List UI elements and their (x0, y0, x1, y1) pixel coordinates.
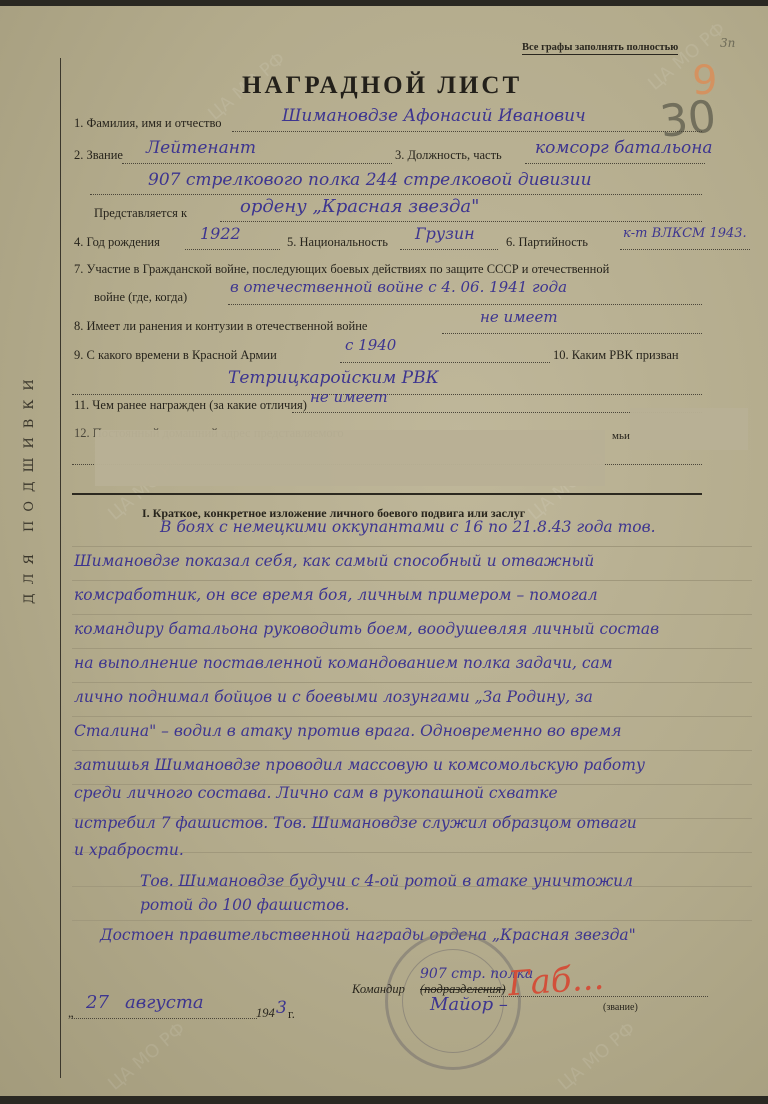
narrative-line: затишья Шимановдзе проводил массовую и к… (74, 756, 645, 774)
fill-line (620, 249, 750, 250)
field-1-value: Шимановдзе Афонасий Иванович (282, 106, 586, 126)
narrative-line: среди личного состава. Лично сам в рукоп… (74, 784, 558, 802)
award-value: ордену „Красная звезда" (240, 196, 479, 217)
instruction-note: Все графы заполнять полностью (522, 42, 678, 55)
fill-line (228, 304, 702, 305)
field-2-value: Лейтенант (146, 138, 256, 158)
date-suffix: г. (288, 1007, 295, 1022)
fill-line (185, 249, 280, 250)
fill-line (220, 221, 702, 222)
narrative-line: лично поднимал бойцов и с боевыми лозунг… (74, 688, 593, 706)
redacted-area (95, 430, 605, 486)
commander-label: Командир (352, 982, 405, 997)
narrative-line: Шимановдзе показал себя, как самый спосо… (74, 552, 594, 570)
field-1-label: 1. Фамилия, имя и отчество (74, 116, 222, 131)
date-year-prefix: 194 (256, 1006, 275, 1021)
narrative-line: Сталина" – водил в атаку против врага. О… (74, 722, 621, 740)
field-8-value: не имеет (480, 308, 558, 326)
ruled-line (72, 716, 752, 717)
field-7-value: в отечественной войне с 4. 06. 1941 года (230, 278, 567, 296)
margin-line (60, 58, 61, 1078)
narrative-line: и храбрости. (74, 841, 184, 859)
field-5-label: 5. Национальность (287, 235, 388, 250)
field-3-label: 3. Должность, часть (395, 148, 502, 163)
narrative-line: на выполнение поставленной командованием… (74, 654, 613, 672)
narrative-line: Тов. Шимановдзе будучи с 4-ой ротой в ат… (140, 872, 633, 890)
fill-line (400, 249, 498, 250)
field-7-label: 7. Участие в Гражданской войне, последую… (74, 262, 609, 277)
fill-line (232, 131, 702, 132)
ruled-line (72, 682, 752, 683)
field-3-value: комсорг батальона (535, 138, 713, 158)
date-day: 27 (86, 992, 109, 1013)
narrative-line: командиру батальона руководить боем, воо… (74, 620, 659, 638)
field-2-label: 2. Звание (74, 148, 123, 163)
narrative-line: Достоен правительственной награды ордена… (100, 926, 636, 944)
commander-signature: Габ... (507, 958, 606, 1005)
narrative-line: ротой до 100 фашистов. (140, 896, 350, 914)
rank-label: (звание) (603, 1002, 638, 1013)
redacted-area (630, 408, 748, 450)
field-10-label: 10. Каким РВК призван (553, 348, 679, 363)
field-4-value: 1922 (200, 224, 241, 243)
date-month: августа (125, 992, 204, 1013)
fill-line (442, 333, 702, 334)
narrative-line: истребил 7 фашистов. Тов. Шимановдзе слу… (74, 814, 637, 832)
field-3-value-line2: 907 стрелкового полка 244 стрелковой див… (148, 170, 592, 190)
award-sheet: ЦА МО РФ ЦА МО РФ ЦА МО РФ ЦА МО РФ ЦА М… (0, 6, 768, 1096)
award-label: Представляется к (94, 206, 187, 221)
field-7-label-line2: войне (где, когда) (94, 290, 187, 305)
fill-line (525, 163, 705, 164)
narrative-line: В боях с немецкими оккупантами с 16 по 2… (160, 518, 656, 536)
ruled-line (72, 546, 752, 547)
date-year-digit: 3 (276, 998, 287, 1018)
fill-line (122, 163, 392, 164)
rank-value: Майор – (430, 994, 508, 1015)
ruled-line (72, 580, 752, 581)
field-10-value: Тетрицкаройским РВК (228, 368, 439, 388)
fill-line (340, 362, 550, 363)
document-title: НАГРАДНОЙ ЛИСТ (242, 72, 522, 100)
field-9-value: с 1940 (345, 336, 396, 354)
field-5-value: Грузин (415, 224, 475, 243)
binding-label: ДЛЯ ПОДШИВКИ (22, 370, 37, 604)
watermark: ЦА МО РФ (554, 1018, 639, 1094)
ruled-line (72, 648, 752, 649)
field-12-label-tail: мьи (612, 430, 630, 442)
field-8-label: 8. Имеет ли ранения и контузии в отечест… (74, 319, 367, 334)
field-11-value: не имеет (310, 388, 388, 406)
watermark: ЦА МО РФ (104, 1018, 189, 1094)
field-11-label: 11. Чем ранее награжден (за какие отличи… (74, 398, 307, 413)
narrative-line: комсработник, он все время боя, личным п… (74, 586, 598, 604)
section-divider (72, 493, 702, 495)
field-9-label: 9. С какого времени в Красной Армии (74, 348, 277, 363)
archive-mark: 3п (720, 36, 735, 50)
fill-line (90, 194, 702, 195)
ruled-line (72, 614, 752, 615)
fill-line (72, 1018, 257, 1019)
field-6-value: к-т ВЛКСМ 1943. (623, 226, 747, 241)
ruled-line (72, 750, 752, 751)
field-6-label: 6. Партийность (506, 235, 588, 250)
field-4-label: 4. Год рождения (74, 235, 160, 250)
ruled-line (72, 920, 752, 921)
